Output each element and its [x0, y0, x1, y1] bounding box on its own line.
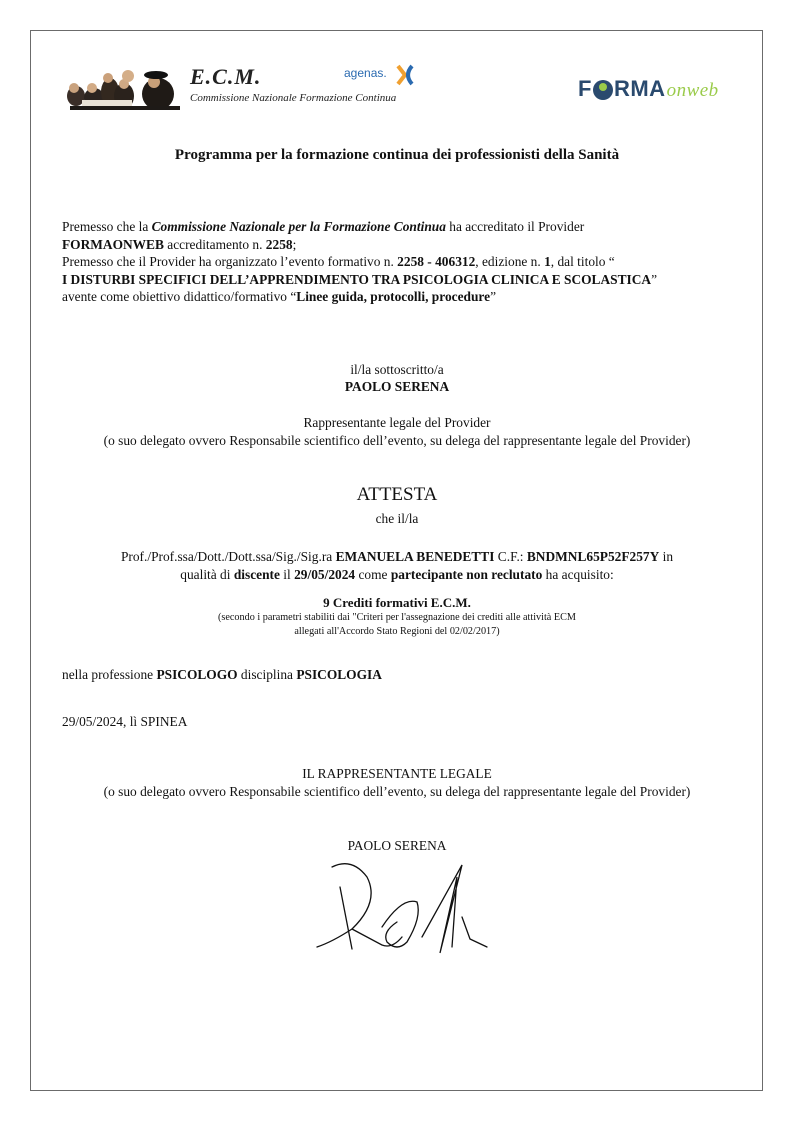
ecm-painting-logo-icon [62, 66, 180, 110]
acquired-label: ha acquisito: [542, 567, 613, 582]
cf-label: C.F.: [494, 549, 526, 564]
discipline-label: disciplina [238, 667, 297, 682]
ecm-logo-subtitle: Commissione Nazionale Formazione Continu… [190, 92, 396, 104]
event-title: I DISTURBI SPECIFICI DELL’APPRENDIMENTO … [62, 272, 651, 287]
forma-globe-icon [593, 80, 613, 100]
objective-value: Linee guida, protocolli, procedure [296, 289, 490, 304]
participant-titles: Prof./Prof.ssa/Dott./Dott.ssa/Sig./Sig.r… [121, 549, 336, 564]
event-number: 2258 - 406312 [397, 254, 475, 269]
premise1-text: Premesso che la [62, 219, 152, 234]
date-label: il [280, 567, 294, 582]
participant-paragraph: Prof./Prof.ssa/Dott./Dott.ssa/Sig./Sig.r… [60, 548, 734, 583]
as-label: come [355, 567, 391, 582]
accr-label: accreditamento n. [164, 237, 266, 252]
participation-date: 29/05/2024 [294, 567, 355, 582]
provider-role: Rappresentante legale del Provider [62, 414, 732, 432]
formaonweb-logo: FRMAonweb [578, 76, 719, 102]
forma-logo-rma: RMA [614, 76, 666, 102]
credits-value: 9 Crediti formativi E.C.M. [62, 594, 732, 612]
signature-icon [312, 857, 492, 957]
participant-status: partecipante non reclutato [391, 567, 543, 582]
title-close: ” [651, 272, 657, 287]
profession-value: PSICOLOGO [156, 667, 237, 682]
objective-close: ” [490, 289, 496, 304]
forma-logo-onweb: onweb [667, 80, 719, 102]
signatory-name: PAOLO SERENA [62, 837, 732, 855]
fiscal-code: BNDMNL65P52F257Y [527, 549, 659, 564]
provider-name: FORMAONWEB [62, 237, 164, 252]
ecm-logo-title: E.C.M. [190, 64, 261, 90]
credits-note-line1: (secondo i parametri stabiliti dai "Crit… [62, 611, 732, 625]
title-label: , dal titolo “ [551, 254, 615, 269]
in-label: in [659, 549, 673, 564]
signatory-note: (o suo delegato ovvero Responsabile scie… [72, 783, 722, 801]
premise1-end: ; [293, 237, 297, 252]
signatory-role: IL RAPPRESENTANTE LEGALE [62, 765, 732, 783]
che-label: che il/la [62, 510, 732, 528]
agenas-mark-icon [396, 64, 416, 86]
provider-role-note: (o suo delegato ovvero Responsabile scie… [72, 432, 722, 450]
place-date: 29/05/2024, lì SPINEA [62, 713, 742, 731]
quality-value: discente [234, 567, 280, 582]
forma-logo-f: F [578, 76, 592, 102]
document-title: Programma per la formazione continua dei… [0, 147, 794, 164]
credits-note-line2: allegati all'Accordo Stato Regioni del 0… [62, 625, 732, 639]
attesta-heading: ATTESTA [62, 486, 732, 504]
agenas-logo-text: agenas. [344, 66, 387, 80]
premise2-text: Premesso che il Provider ha organizzato … [62, 254, 397, 269]
accr-number: 2258 [266, 237, 293, 252]
undersigned-name: PAOLO SERENA [62, 378, 732, 396]
profession-label: nella professione [62, 667, 156, 682]
premise-paragraph: Premesso che la Commissione Nazionale pe… [62, 218, 742, 306]
edition-label: , edizione n. [475, 254, 544, 269]
edition-number: 1 [544, 254, 551, 269]
profession-line: nella professione PSICOLOGO disciplina P… [62, 666, 742, 684]
premise1-mid: ha accreditato il Provider [446, 219, 584, 234]
commission-name: Commissione Nazionale per la Formazione … [152, 219, 446, 234]
quality-label: qualità di [180, 567, 234, 582]
participant-name: EMANUELA BENEDETTI [336, 549, 495, 564]
objective-label: avente come obiettivo didattico/formativ… [62, 289, 296, 304]
undersigned-label: il/la sottoscritto/a [62, 361, 732, 379]
discipline-value: PSICOLOGIA [296, 667, 382, 682]
